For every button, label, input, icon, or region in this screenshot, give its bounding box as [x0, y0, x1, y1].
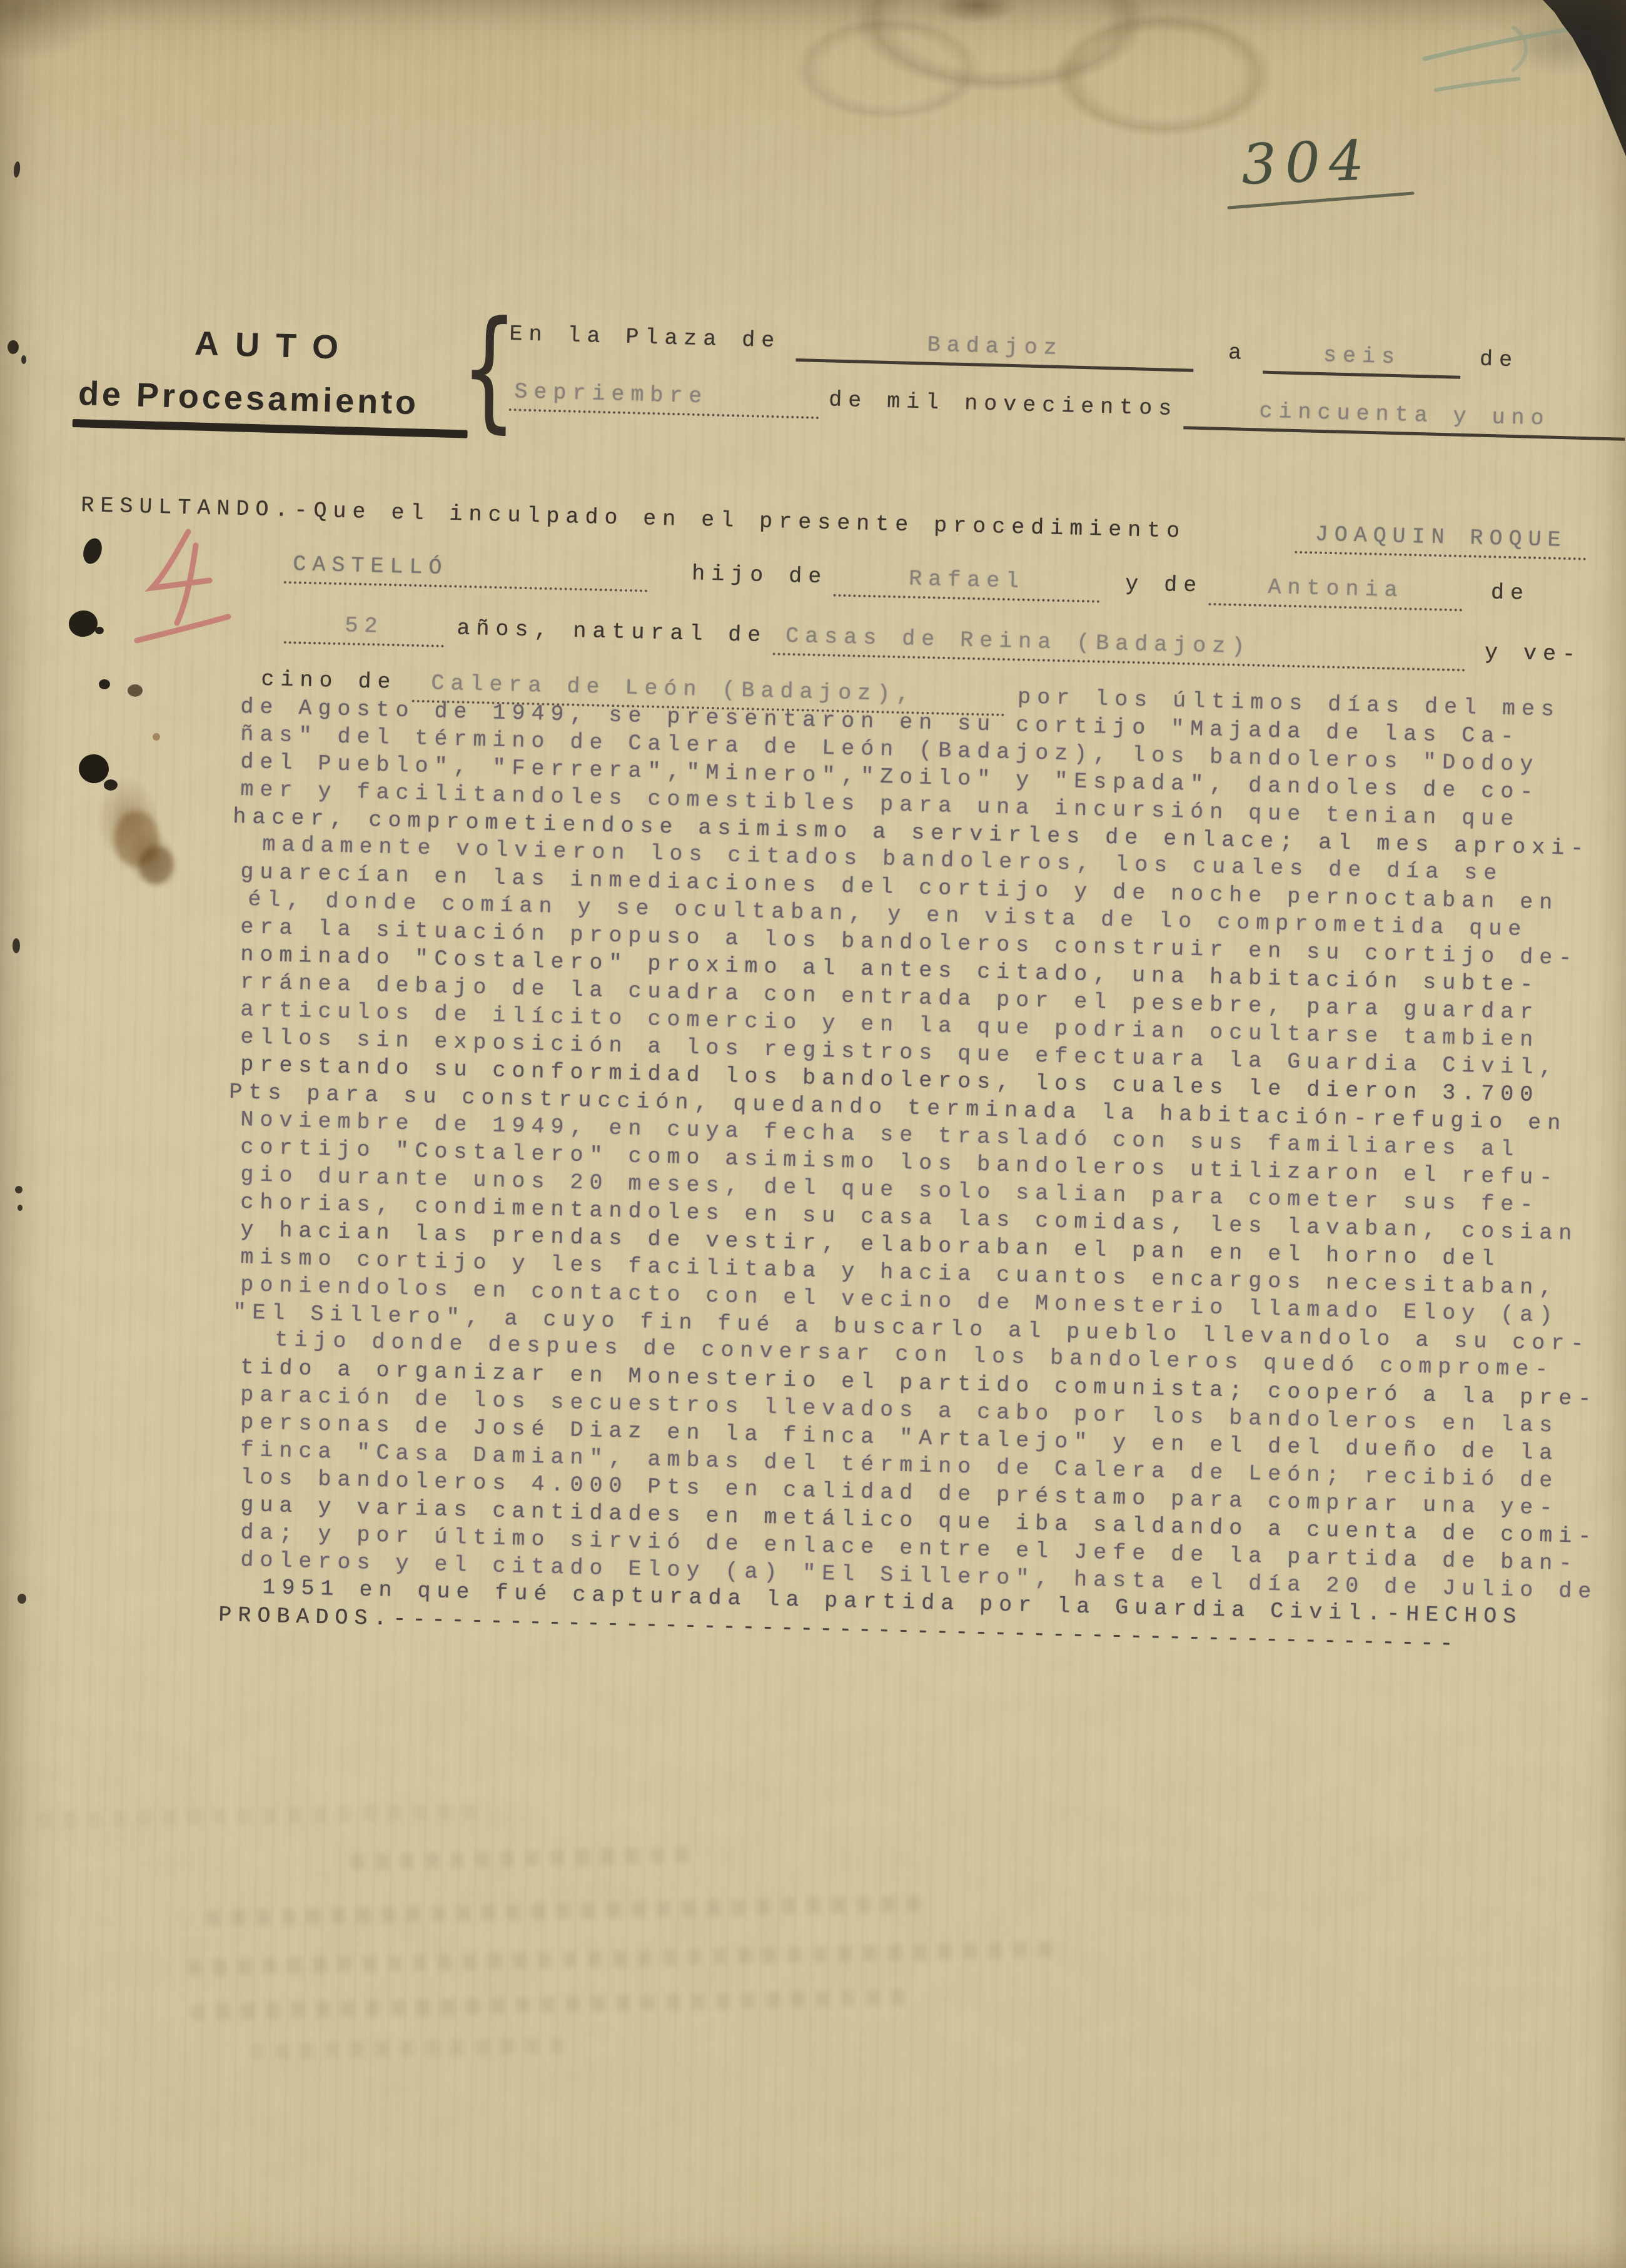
- label-de: de: [1479, 347, 1518, 373]
- body-paragraph: de Agosto de 1949, se presentaron en su …: [241, 693, 1598, 1629]
- ink-blot: [128, 684, 143, 697]
- torn-corner: [1507, 0, 1626, 156]
- label-cino-de: cino de: [261, 667, 397, 695]
- form-row-month-year: Sepriembrede mil novecientoscincuenta y …: [509, 378, 1626, 441]
- edge-mark: [18, 1205, 23, 1211]
- bleedthrough-line: [250, 2037, 575, 2060]
- label-de-mil-novecientos: de mil novecientos: [829, 387, 1178, 422]
- field-year: cincuenta y uno: [1183, 395, 1625, 440]
- label-anos-natural-de: años, natural de: [457, 616, 767, 649]
- red-margin-number-4: [122, 524, 266, 668]
- edge-mark: [8, 340, 19, 354]
- ink-blot: [99, 679, 110, 689]
- field-surname: CASTELLÓ: [284, 550, 649, 592]
- edge-mark: [21, 355, 26, 364]
- label-de-2: de: [1491, 580, 1530, 605]
- brown-stain: [139, 846, 174, 884]
- bleedthrough-line: [38, 1803, 475, 1829]
- field-month: Sepriembre: [509, 378, 820, 419]
- field-birthplace: Casas de Reina (Badajoz): [773, 622, 1467, 671]
- bleedthrough-line: [350, 1846, 700, 1870]
- ink-blot: [104, 779, 118, 791]
- edge-mark: [13, 161, 21, 178]
- label-hijo-de: hijo de: [692, 561, 828, 589]
- label-y-ve: y ve-: [1485, 640, 1582, 667]
- handwritten-folio-number: 304: [1240, 128, 1373, 196]
- label-en-la-plaza-de: En la Plaza de: [509, 321, 781, 353]
- document-page: AUTO de Procesamiento { En la Plaza deBa…: [0, 0, 1626, 2268]
- field-day: seis: [1263, 340, 1461, 379]
- form-title: AUTO: [194, 324, 355, 367]
- ink-blot: [80, 536, 105, 567]
- bleedthrough-line: [206, 1895, 926, 1926]
- brown-dot: [153, 733, 160, 741]
- field-place: Badajoz: [795, 328, 1194, 372]
- field-name: JOAQUIN ROQUE: [1295, 520, 1587, 560]
- bleedthrough-line: [191, 1989, 910, 2020]
- form-subtitle: de Procesamiento: [78, 374, 420, 422]
- resultando-row-lead: RESULTANDO.-Que el inculpado en el prese…: [81, 492, 1587, 560]
- edge-mark: [15, 1186, 23, 1193]
- bleedthrough-line: [188, 1941, 1063, 1975]
- field-mother-name: Antonia: [1208, 572, 1463, 612]
- field-age: 52: [284, 610, 445, 647]
- label-y-de: y de: [1125, 572, 1203, 599]
- form-row-place-date: En la Plaza deBadajozaseisde: [509, 320, 1519, 380]
- resultando-row-parents: CASTELLÓhijo deRafaely deAntoniade: [284, 550, 1530, 613]
- edge-mark: [18, 1594, 26, 1604]
- ink-blot: [67, 609, 99, 639]
- resultando-lead-text: RESULTANDO.-Que el inculpado en el prese…: [81, 493, 1186, 544]
- field-father-name: Rafael: [834, 564, 1101, 603]
- label-a: a: [1228, 340, 1248, 366]
- edge-mark: [13, 938, 20, 953]
- resultando-row-age-birthplace: 52años, natural deCasas de Reina (Badajo…: [284, 610, 1582, 674]
- ink-blot: [95, 627, 104, 634]
